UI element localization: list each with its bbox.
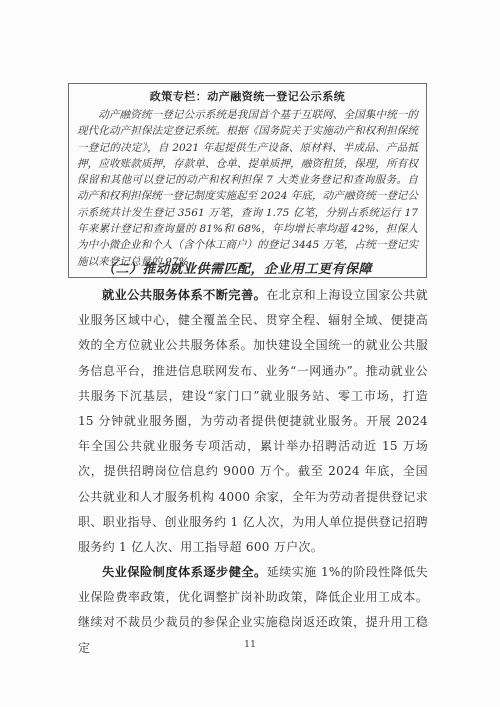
policy-box-body: 动产融资统一登记公示系统是我国首个基于互联网、全国集中统一的现代化动产担保法定登… (77, 107, 418, 270)
policy-box-title: 政策专栏：动产融资统一登记公示系统 (77, 88, 418, 105)
document-page: 政策专栏：动产融资统一登记公示系统 动产融资统一登记公示系统是我国首个基于互联网… (0, 0, 500, 707)
paragraph-text-employment: 在北京和上海设立国家公共就业服务区域中心，健全覆盖全民、贯穿全程、辐射全域、便捷… (78, 288, 428, 554)
page-number: 11 (0, 639, 500, 650)
section-heading: （二）推动就业供需匹配，企业用工更有保障 (78, 258, 428, 277)
paragraph-lead-employment: 就业公共服务体系不断完善。 (102, 288, 266, 302)
paragraph-lead-insurance: 失业保险制度体系逐步健全。 (102, 565, 267, 579)
policy-box: 政策专栏：动产融资统一登记公示系统 动产融资统一登记公示系统是我国首个基于互联网… (68, 83, 427, 278)
paragraph-employment-services: 就业公共服务体系不断完善。在北京和上海设立国家公共就业服务区域中心，健全覆盖全民… (78, 283, 428, 560)
